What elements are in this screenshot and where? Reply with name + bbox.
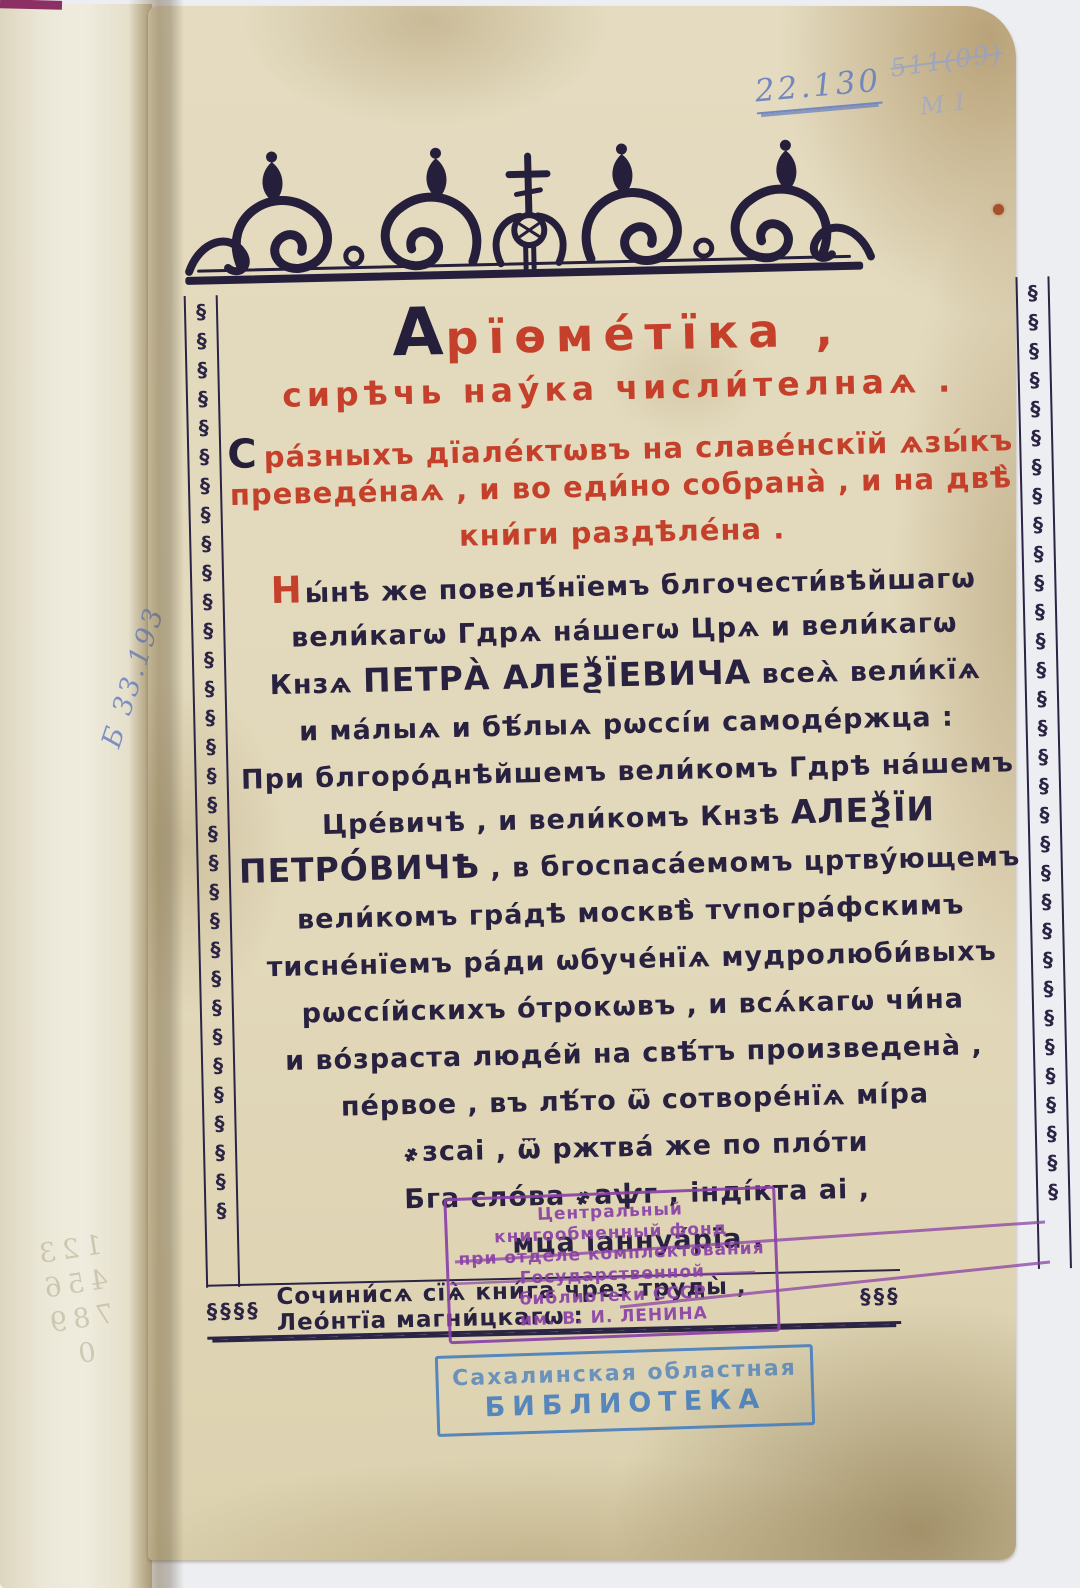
body-line-text: Кнзѧ: [269, 668, 363, 701]
gutter-shadow: [128, 0, 184, 1588]
foxing-spot: [993, 204, 1004, 215]
printed-block: §§§§§§§§§§§§§§§§§§§§§§§§§§§§§§§§ Арїѳме́…: [178, 134, 903, 1360]
colophon-flourish-right: §§§: [860, 1284, 901, 1309]
handwritten-callnumber-struck: 511(09): [889, 38, 1005, 82]
title-text-block: Арїѳме́тїка , сирѣчь нау́ка числи́телнаѧ…: [218, 277, 1039, 1339]
body-line-text: ҂зсаі , ѿ ржтва́ же по пло́ти: [403, 1127, 869, 1169]
exchange-fund-stamp: Центральный книгообменный фонд при отдел…: [443, 1186, 780, 1345]
colophon-flourish-left: §§§§: [206, 1299, 261, 1324]
body-line-text: Цре́вичѣ , и вели́комъ Кнзѣ: [322, 799, 791, 841]
body-line-text: вели́комъ гра́дѣ москвѣ̀ тѵпогра́фскимъ: [297, 889, 965, 935]
body-line-text: вели́кагѡ Гдрѧ на́шегѡ Црѧ и вели́кагѡ: [291, 608, 958, 654]
body-line-text: и ма́лыѧ и бѣ́лыѧ рѡссі́и самоде́ржца :: [299, 702, 954, 748]
body-line-emph: АЛЕѮЇИ: [790, 789, 935, 831]
initial-S: С: [227, 431, 264, 478]
photo-of-book: { "colors":{ "red_ink":"#c5402a","black_…: [0, 0, 1080, 1588]
headpiece-woodcut: [178, 134, 879, 300]
body-line-text: всеѧ̀ вели́кїѧ: [751, 654, 981, 690]
title-line-1-rest: рїѳме́тїка ,: [445, 302, 843, 365]
body-line-text: При блгоро́днѣйшемъ вели́комъ Гдрѣ на́ше…: [241, 747, 1014, 796]
body-line-text: рѡссі́йскихъ о́трокѡвъ , и всѧ́кагѡ чи́н…: [301, 983, 964, 1029]
initial-N: Н: [270, 568, 305, 612]
body-line-text: , в бгоспаса́емомъ цртву́ющемъ: [480, 841, 1021, 884]
drop-cap-A: А: [391, 293, 446, 371]
body-line-emph: ПЕТРА̀ АЛЕѮЇЕВИЧА: [363, 652, 752, 700]
body-line-text: пе́рвое , въ лѣ́то ѿ сотворе́нїѧ мі́ра: [341, 1078, 930, 1122]
body-line-text: тисне́нїемъ ра́ди ѡбуче́нїѧ мудролюби́вы…: [266, 936, 997, 984]
handwritten-callnumber-below: М 1: [918, 87, 969, 121]
body-line-text: и во́зраста люде́й на свѣ́тъ произведена…: [285, 1030, 983, 1077]
ornamental-border-frame: §§§§§§§§§§§§§§§§§§§§§§§§§§§§§§§§ Арїѳме́…: [184, 280, 902, 1339]
sakhalin-library-stamp: Сахалинская областная БИБЛИОТЕКА: [435, 1344, 815, 1437]
handwritten-inventory-number: 22.130: [753, 63, 883, 115]
title-page: 22.130 511(09) М 1: [148, 6, 1016, 1560]
body-line-emph: ПЕТРО́ВИЧѢ: [239, 846, 481, 890]
bleedthrough-numbers: 123 456 789 0: [16, 1225, 137, 1379]
binding-edge: [0, 0, 62, 10]
